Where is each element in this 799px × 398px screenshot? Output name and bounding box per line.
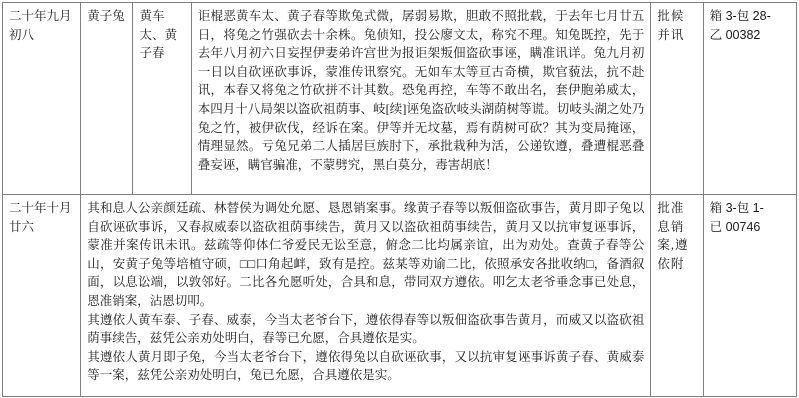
table-row: 二十年九月初八 黄子兔 黄车太、黄子春 讵棍恶黄车太、黄子春等欺兔式微，孱弱易欺… [3, 3, 797, 195]
archive-table: 二十年九月初八 黄子兔 黄车太、黄子春 讵棍恶黄车太、黄子春等欺兔式微，孱弱易欺… [2, 2, 797, 397]
case-body-cell: 其和息人公亲颜廷疏、林替侯为调处允愿、恳恩销案事。缘黄子春等以叛佃盗砍事告，黄月… [81, 195, 651, 397]
accused-cell: 黄车太、黄子春 [133, 3, 191, 195]
archive-ref-line: 箱 3-包 28- [710, 7, 790, 26]
case-paragraph: 其和息人公亲颜廷疏、林替侯为调处允愿、恳恩销案事。缘黄子春等以叛佃盗砍事告，黄月… [87, 199, 644, 311]
archive-ref-cell: 箱 3-包 28- 乙 00382 [703, 3, 796, 195]
date-cell: 二十年九月初八 [3, 3, 81, 195]
archive-ref-line: 乙 00382 [710, 26, 790, 45]
case-paragraph: 讵棍恶黄车太、黄子春等欺兔式微，孱弱易欺，胆敢不照批载，于去年七月廿五日，将兔之… [198, 7, 645, 174]
archive-ref-line: 箱 3-包 1- [710, 199, 790, 218]
case-body-cell: 讵棍恶黄车太、黄子春等欺兔式微，孱弱易欺，胆敢不照批载，于去年七月廿五日，将兔之… [191, 3, 651, 195]
case-paragraph: 其遵依人黄车泰、子春、威泰，今当太老爷台下，遵依得春等以叛佃盗砍事告黄月，而威又… [87, 311, 644, 348]
table-row: 二十年十月廿六 其和息人公亲颜廷疏、林替侯为调处允愿、恳恩销案事。缘黄子春等以叛… [3, 195, 797, 397]
accuser-cell: 黄子兔 [81, 3, 133, 195]
archive-ref-cell: 箱 3-包 1- 已 00746 [703, 195, 796, 397]
verdict-cell: 批准息销案,遵依附 [651, 195, 703, 397]
archive-ref-line: 已 00746 [710, 218, 790, 237]
verdict-cell: 批候并讯 [651, 3, 703, 195]
case-paragraph: 其遵依人黄月即子兔，今当太老爷台下，遵依得兔以自砍诬砍事，又以抗审复诬事诉黄子春… [87, 348, 644, 385]
date-cell: 二十年十月廿六 [3, 195, 81, 397]
